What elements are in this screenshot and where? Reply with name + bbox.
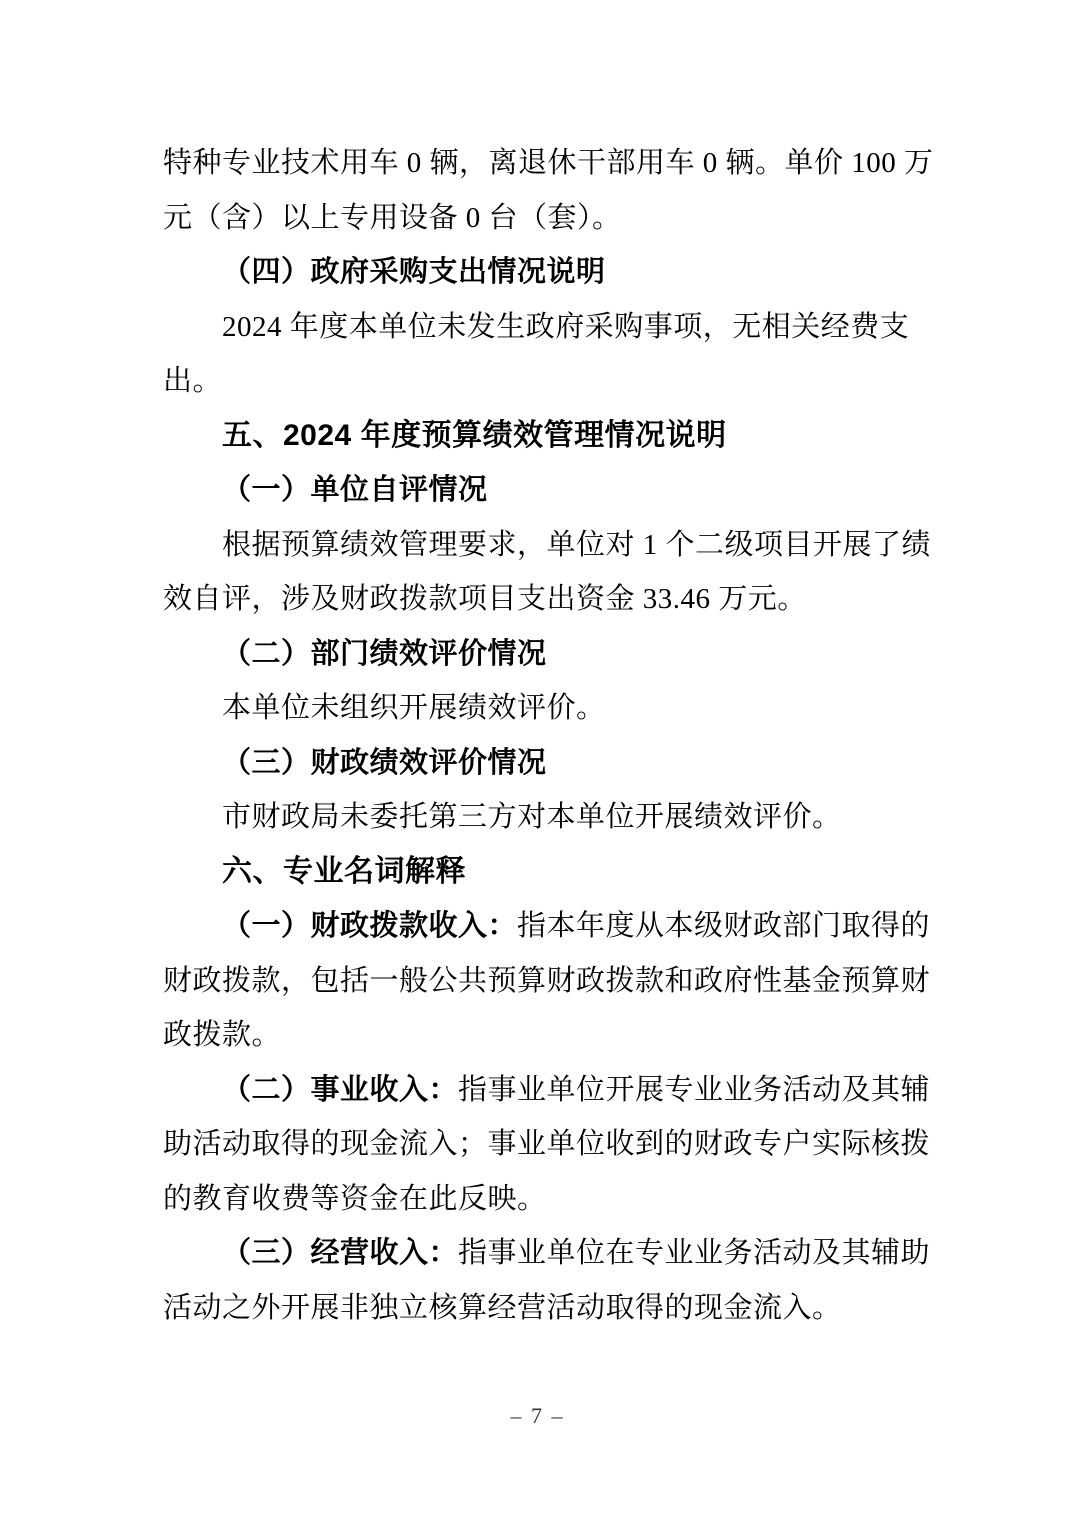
term-definition-line: （一）财政拨款收入：指本年度从本级财政部门取得的: [163, 899, 923, 954]
body-line: 财政拨款，包括一般公共预算财政拨款和政府性基金预算财: [163, 954, 923, 1009]
page-number: – 7 –: [0, 1398, 1075, 1434]
body-line: 的教育收费等资金在此反映。: [163, 1172, 923, 1227]
body-line: 元（含）以上专用设备 0 台（套）。: [163, 191, 923, 246]
document-page: 特种专业技术用车 0 辆，离退休干部用车 0 辆。单价 100 万 元（含）以上…: [0, 0, 1075, 1520]
body-line: 活动之外开展非独立核算经营活动取得的现金流入。: [163, 1281, 923, 1336]
term-label-institutional-income: （二）事业收入：: [222, 1074, 458, 1106]
subsection-heading-fiscal-evaluation: （三）财政绩效评价情况: [163, 736, 923, 791]
body-line: 助活动取得的现金流入；事业单位收到的财政专户实际核拨: [163, 1117, 923, 1172]
body-line: 根据预算绩效管理要求，单位对 1 个二级项目开展了绩: [163, 518, 923, 573]
body-line: 市财政局未委托第三方对本单位开展绩效评价。: [163, 790, 923, 845]
term-definition-text: 指事业单位开展专业业务活动及其辅: [458, 1074, 930, 1106]
body-line: 政拨款。: [163, 1008, 923, 1063]
body-line: 本单位未组织开展绩效评价。: [163, 681, 923, 736]
subsection-heading-self-evaluation: （一）单位自评情况: [163, 463, 923, 518]
body-line: 特种专业技术用车 0 辆，离退休干部用车 0 辆。单价 100 万: [163, 136, 923, 191]
subsection-heading-gov-procurement: （四）政府采购支出情况说明: [163, 245, 923, 300]
section-heading-6-terminology: 六、专业名词解释: [163, 845, 923, 900]
term-definition-text: 指本年度从本级财政部门取得的: [517, 910, 930, 942]
term-definition-line: （三）经营收入：指事业单位在专业业务活动及其辅助: [163, 1226, 923, 1281]
document-body: 特种专业技术用车 0 辆，离退休干部用车 0 辆。单价 100 万 元（含）以上…: [163, 136, 923, 1335]
section-heading-5-performance-management: 五、2024 年度预算绩效管理情况说明: [163, 409, 923, 464]
body-line: 2024 年度本单位未发生政府采购事项，无相关经费支: [163, 300, 923, 355]
term-label-fiscal-appropriation-income: （一）财政拨款收入：: [222, 910, 517, 942]
subsection-heading-department-evaluation: （二）部门绩效评价情况: [163, 627, 923, 682]
body-line: 出。: [163, 354, 923, 409]
body-line: 效自评，涉及财政拨款项目支出资金 33.46 万元。: [163, 572, 923, 627]
term-definition-text: 指事业单位在专业业务活动及其辅助: [458, 1237, 930, 1269]
term-definition-line: （二）事业收入：指事业单位开展专业业务活动及其辅: [163, 1063, 923, 1118]
term-label-operating-income: （三）经营收入：: [222, 1237, 458, 1269]
